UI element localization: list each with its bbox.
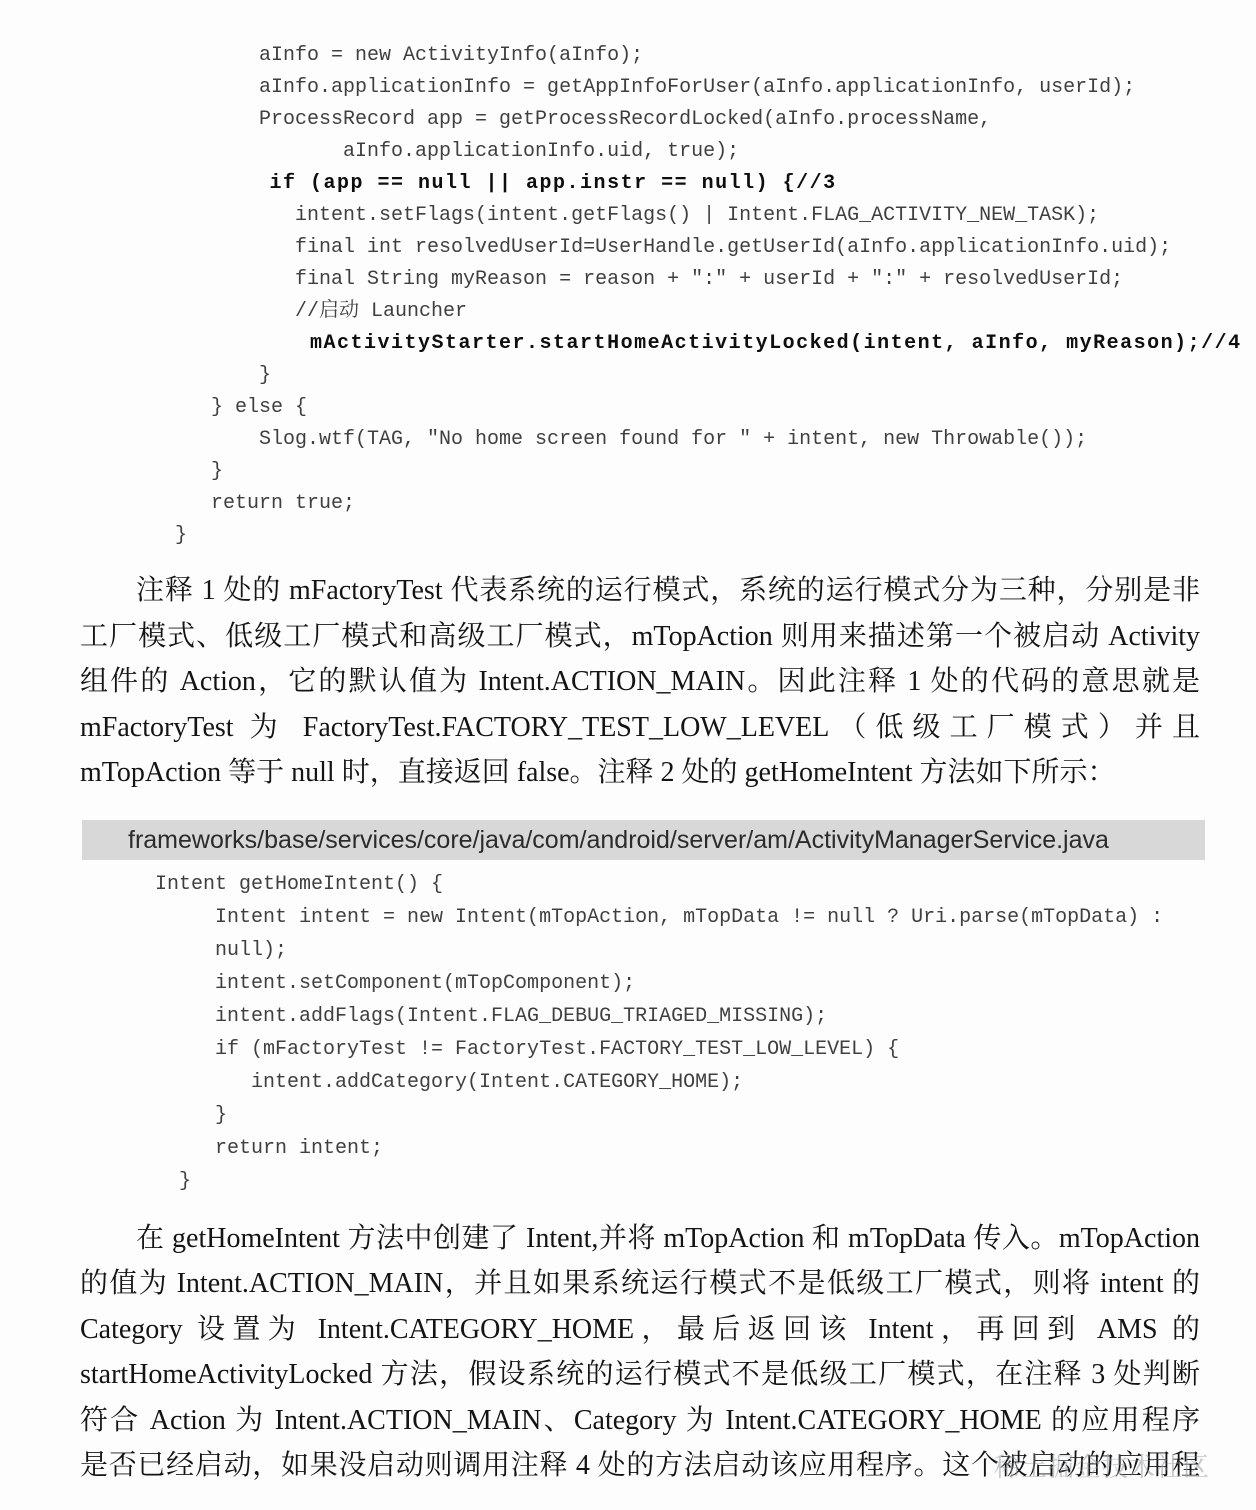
code-line: Intent intent = new Intent(mTopAction, m… — [155, 901, 1256, 934]
code-line: intent.addFlags(Intent.FLAG_DEBUG_TRIAGE… — [155, 1000, 1256, 1033]
code-line: ProcessRecord app = getProcessRecordLock… — [175, 104, 1256, 136]
code-line: intent.setComponent(mTopComponent); — [155, 967, 1256, 1000]
code-line: intent.setFlags(intent.getFlags() | Inte… — [175, 200, 1256, 232]
code-line: Slog.wtf(TAG, "No home screen found for … — [175, 424, 1256, 456]
code-line: final int resolvedUserId=UserHandle.getU… — [175, 232, 1256, 264]
code-line: } — [175, 520, 1256, 552]
code-line: if (app == null || app.instr == null) {/… — [175, 168, 1256, 200]
code-line: return true; — [175, 488, 1256, 520]
code-line: aInfo.applicationInfo.uid, true); — [175, 136, 1256, 168]
code-line: } — [175, 456, 1256, 488]
paragraph-line: mTopAction 等于 null 时，直接返回 false。注释 2 处的 … — [80, 750, 1200, 796]
paragraph-line: 的值为 Intent.ACTION_MAIN，并且如果系统运行模式不是低级工厂模… — [80, 1261, 1200, 1307]
code-line: } else { — [175, 392, 1256, 424]
code-line: //启动 Launcher — [175, 296, 1256, 328]
code-line: final String myReason = reason + ":" + u… — [175, 264, 1256, 296]
code-line: if (mFactoryTest != FactoryTest.FACTORY_… — [155, 1033, 1256, 1066]
code-block-start-home-activity: aInfo = new ActivityInfo(aInfo); aInfo.a… — [175, 40, 1256, 552]
code-line: aInfo.applicationInfo = getAppInfoForUse… — [175, 72, 1256, 104]
paragraph-gethomeintent-explanation: 在 getHomeIntent 方法中创建了 Intent,并将 mTopAct… — [80, 1216, 1200, 1489]
code-block-get-home-intent: Intent getHomeIntent() { Intent intent =… — [155, 868, 1256, 1198]
code-line: } — [175, 360, 1256, 392]
paragraph-line: 工厂模式、低级工厂模式和高级工厂模式，mTopAction 则用来描述第一个被启… — [80, 614, 1200, 660]
paragraph-line: 在 getHomeIntent 方法中创建了 Intent,并将 mTopAct… — [80, 1216, 1200, 1262]
paragraph-line: mFactoryTest 为 FactoryTest.FACTORY_TEST_… — [80, 705, 1200, 751]
code-line: } — [155, 1165, 1256, 1198]
file-path-bar: frameworks/base/services/core/java/com/a… — [82, 820, 1205, 860]
paragraph-line: 注释 1 处的 mFactoryTest 代表系统的运行模式，系统的运行模式分为… — [80, 568, 1200, 614]
paragraph-line: Category 设置为 Intent.CATEGORY_HOME，最后返回该 … — [80, 1307, 1200, 1353]
code-line: return intent; — [155, 1132, 1256, 1165]
code-line: Intent getHomeIntent() { — [155, 868, 1256, 901]
book-page: aInfo = new ActivityInfo(aInfo); aInfo.a… — [0, 0, 1256, 1510]
paragraph-factorytest-explanation: 注释 1 处的 mFactoryTest 代表系统的运行模式，系统的运行模式分为… — [80, 568, 1200, 796]
code-line: mActivityStarter.startHomeActivityLocked… — [175, 328, 1256, 360]
code-line: null); — [155, 934, 1256, 967]
paragraph-line: 符合 Action 为 Intent.ACTION_MAIN、Category … — [80, 1398, 1200, 1444]
paragraph-line: startHomeActivityLocked 方法，假设系统的运行模式不是低级… — [80, 1352, 1200, 1398]
paragraph-line: 组件的 Action，它的默认值为 Intent.ACTION_MAIN。因此注… — [80, 659, 1200, 705]
code-line: } — [155, 1099, 1256, 1132]
code-line: intent.addCategory(Intent.CATEGORY_HOME)… — [155, 1066, 1256, 1099]
paragraph-line: 是否已经启动，如果没启动则调用注释 4 处的方法启动该应用程序。这个被启动的应用… — [80, 1443, 1200, 1489]
file-path-text: frameworks/base/services/core/java/com/a… — [128, 826, 1109, 854]
code-line: aInfo = new ActivityInfo(aInfo); — [175, 40, 1256, 72]
